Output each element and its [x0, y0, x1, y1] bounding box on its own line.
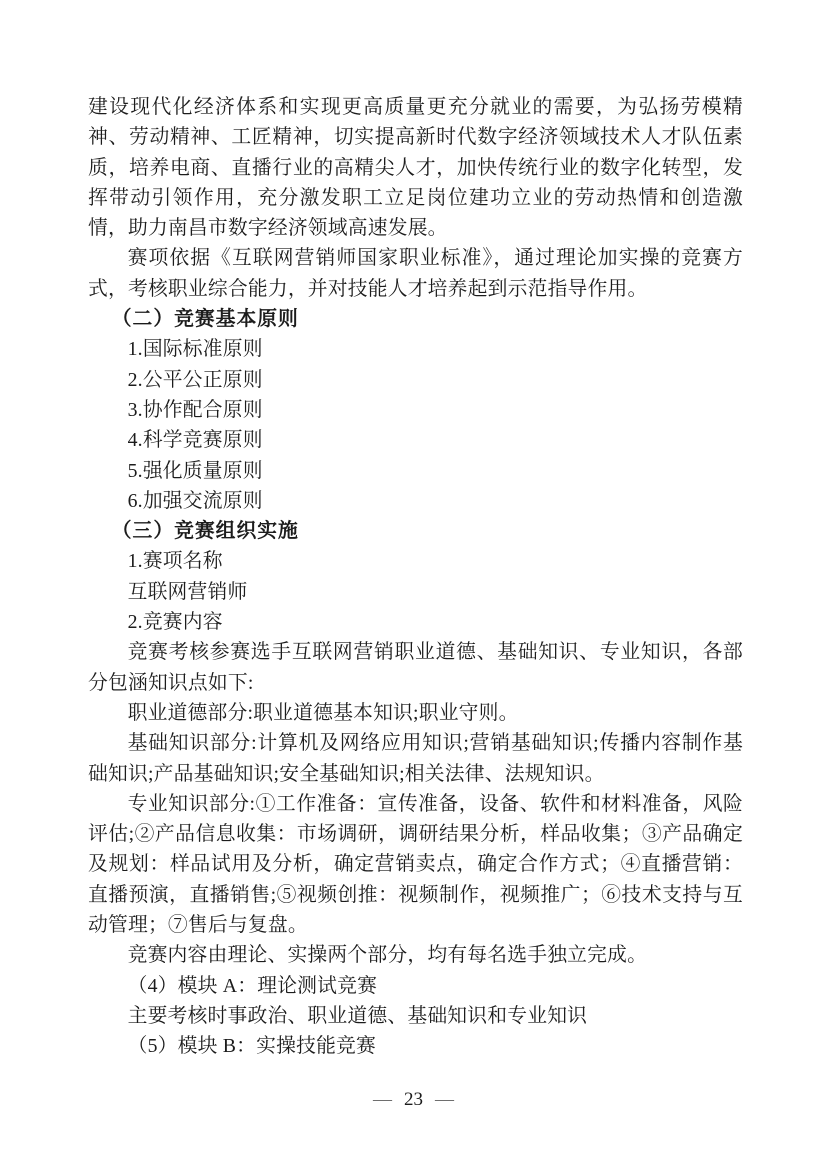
- page-number: 23: [404, 1088, 423, 1112]
- list-line: 1.国际标准原则: [88, 334, 743, 364]
- body-paragraph: 职业道德部分:职业道德基本知识;职业守则。: [88, 698, 743, 728]
- page-body: 建设现代化经济体系和实现更高质量更充分就业的需要，为弘扬劳模精神、劳动精神、工匠…: [88, 92, 743, 1062]
- list-line: 5.强化质量原则: [88, 456, 743, 486]
- list-line: 2.竞赛内容: [88, 607, 743, 637]
- body-paragraph: 竞赛内容由理论、实操两个部分，均有每名选手独立完成。: [88, 940, 743, 970]
- body-paragraph: 赛项依据《互联网营销师国家职业标准》，通过理论加实操的竞赛方式，考核职业综合能力…: [88, 243, 743, 304]
- section-heading: （三）竞赛组织实施: [88, 516, 743, 546]
- page-footer: —23—: [0, 1088, 827, 1112]
- list-line: 6.加强交流原则: [88, 486, 743, 516]
- list-line: 1.赛项名称: [88, 546, 743, 576]
- list-line: 2.公平公正原则: [88, 365, 743, 395]
- list-line: 3.协作配合原则: [88, 395, 743, 425]
- body-paragraph: 专业知识部分:①工作准备：宣传准备，设备、软件和材料准备，风险评估;②产品信息收…: [88, 789, 743, 940]
- list-line: 互联网营销师: [88, 577, 743, 607]
- body-paragraph: 建设现代化经济体系和实现更高质量更充分就业的需要，为弘扬劳模精神、劳动精神、工匠…: [88, 92, 743, 243]
- list-line: （4）模块 A：理论测试竞赛: [88, 971, 743, 1001]
- section-heading: （二）竞赛基本原则: [88, 304, 743, 334]
- footer-dash-left: —: [373, 1089, 392, 1110]
- list-line: （5）模块 B：实操技能竞赛: [88, 1031, 743, 1061]
- list-line: 4.科学竞赛原则: [88, 425, 743, 455]
- list-line: 主要考核时事政治、职业道德、基础知识和专业知识: [88, 1001, 743, 1031]
- footer-dash-right: —: [435, 1089, 454, 1110]
- body-paragraph: 竞赛考核参赛选手互联网营销职业道德、基础知识、专业知识，各部分包涵知识点如下:: [88, 637, 743, 698]
- body-paragraph: 基础知识部分:计算机及网络应用知识;营销基础知识;传播内容制作基础知识;产品基础…: [88, 728, 743, 789]
- document-page: 建设现代化经济体系和实现更高质量更充分就业的需要，为弘扬劳模精神、劳动精神、工匠…: [0, 0, 827, 1169]
